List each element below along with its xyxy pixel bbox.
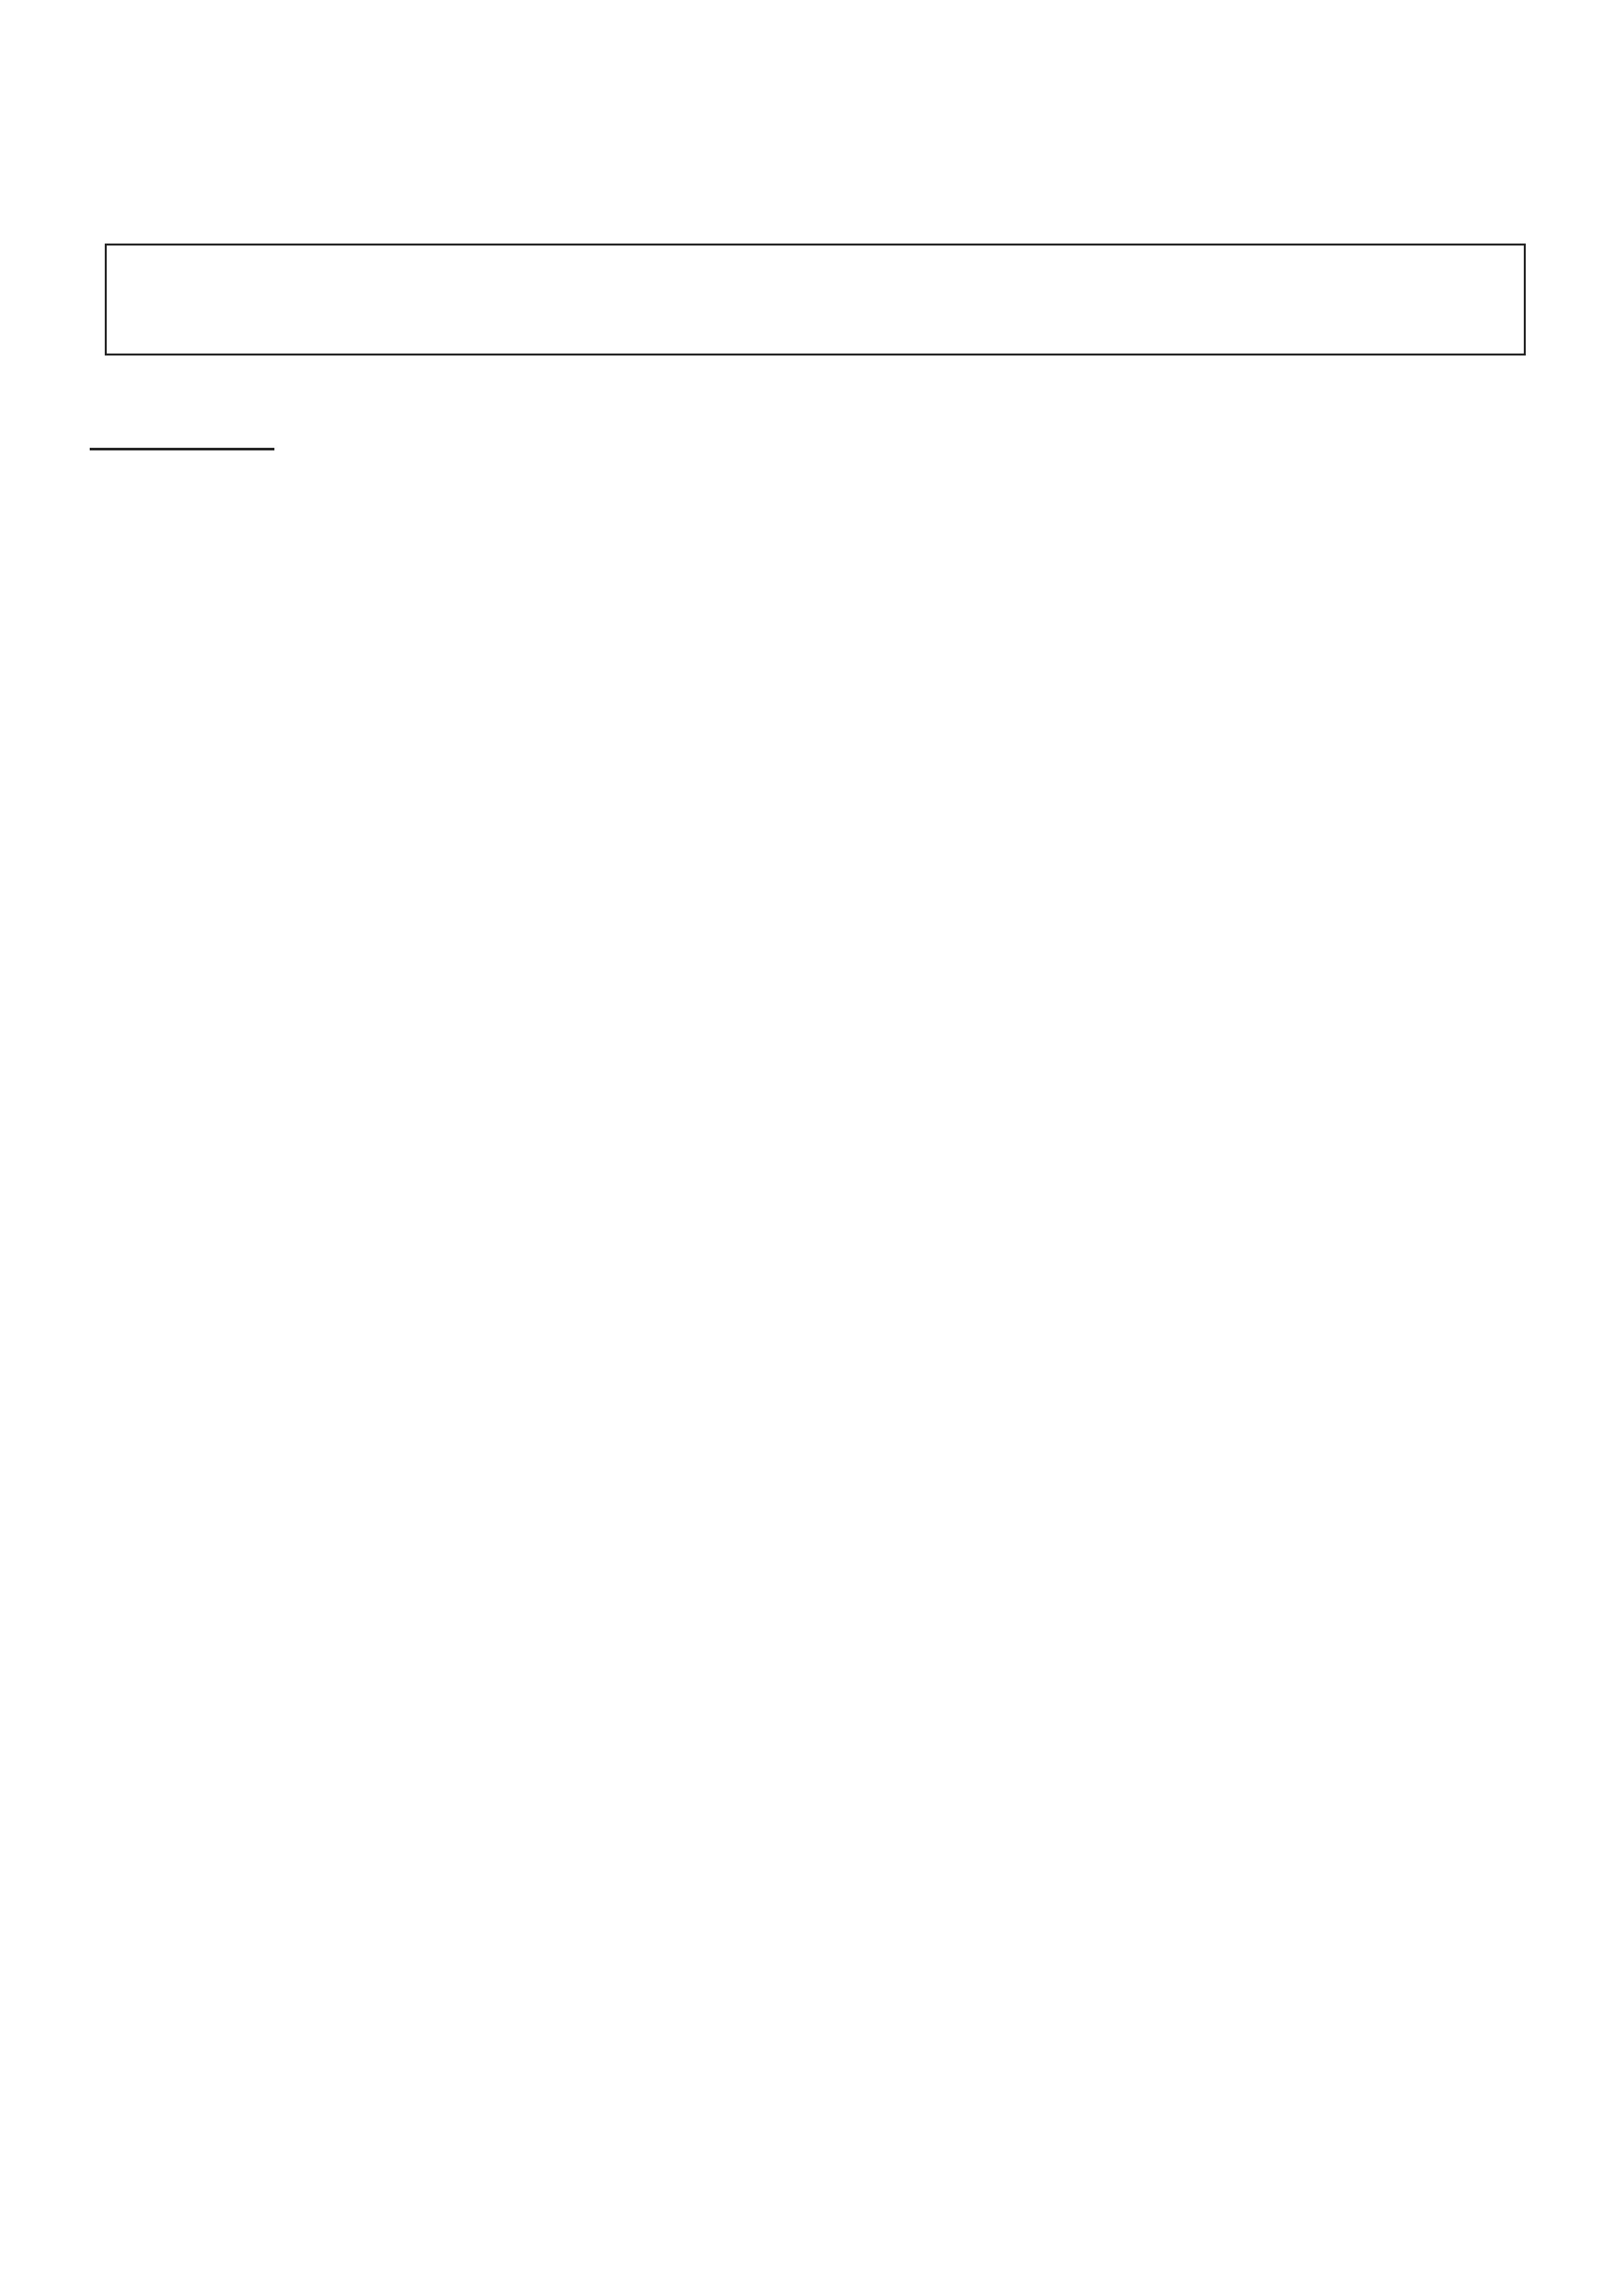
title-box bbox=[105, 244, 1526, 355]
school-name-underline bbox=[90, 448, 274, 450]
